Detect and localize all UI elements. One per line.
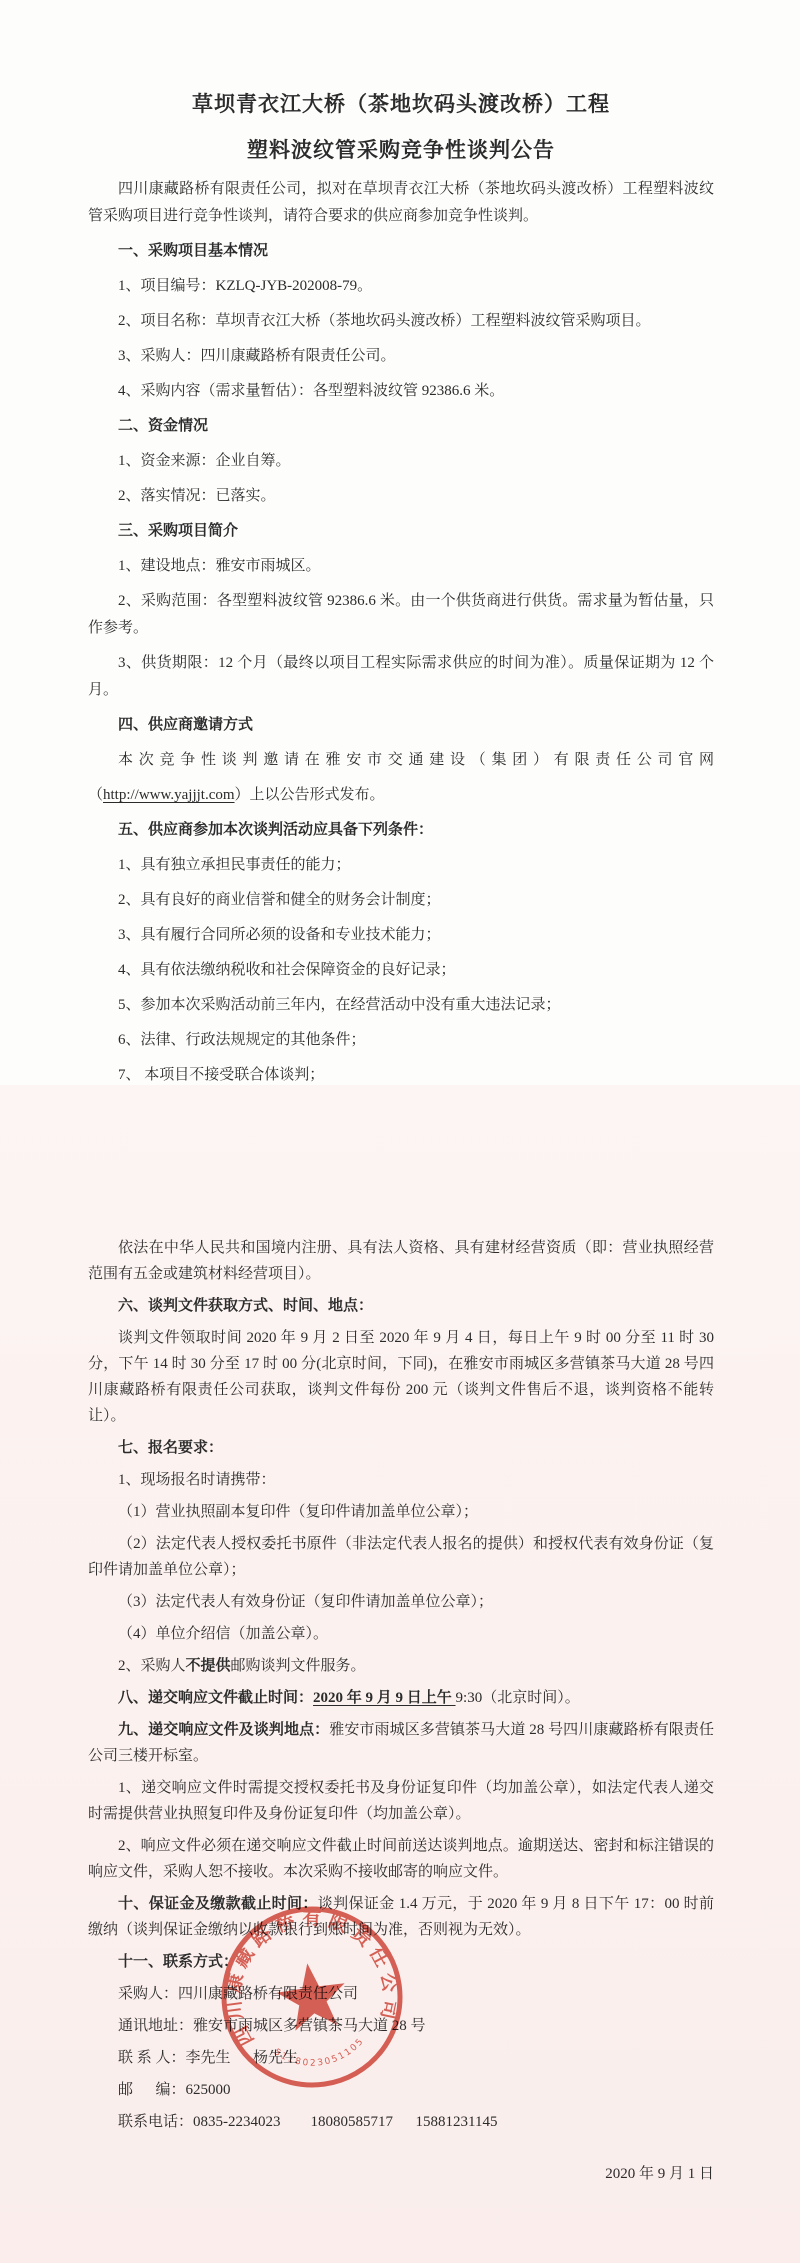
section-1-item: 3、采购人：四川康藏路桥有限责任公司。 — [88, 343, 714, 370]
section-7-subitem: （2）法定代表人授权委托书原件（非法定代表人报名的提供）和授权代表有效身份证（复… — [88, 1531, 714, 1583]
section-8-heading: 八、递交响应文件截止时间：2020 年 9 月 9 日上午 9:30（北京时间）… — [88, 1685, 714, 1711]
section-1-item: 2、项目名称：草坝青衣江大桥（茶地坎码头渡改桥）工程塑料波纹管采购项目。 — [88, 308, 714, 335]
section-5-item: 5、参加本次采购活动前三年内，在经营活动中没有重大违法记录； — [88, 992, 714, 1019]
page-2: 依法在中华人民共和国境内注册、具有法人资格、具有建材经营资质（即：营业执照经营范… — [0, 1085, 800, 2263]
section-6-heading: 六、谈判文件获取方式、时间、地点： — [88, 1293, 714, 1319]
section-3-item: 2、采购范围：各型塑料波纹管 92386.6 米。由一个供货商进行供货。需求量为… — [88, 588, 714, 642]
deadline-time: 9:30（北京时间）。 — [456, 1690, 580, 1706]
section-9-item: 2、响应文件必须在递交响应文件截止时间前送达谈判地点。逾期送达、密封和标注错误的… — [88, 1833, 714, 1885]
section-5-item: 2、具有良好的商业信誉和健全的财务会计制度； — [88, 887, 714, 914]
announcement-date: 2020 年 9 月 1 日 — [88, 2161, 714, 2187]
section-10-label: 十、保证金及缴款截止时间： — [118, 1896, 318, 1912]
section-1-heading: 一、采购项目基本情况 — [88, 238, 714, 265]
section-7-heading: 七、报名要求： — [88, 1435, 714, 1461]
section-8-label: 八、递交响应文件截止时间： — [118, 1690, 313, 1706]
section-7-subitem: （4）单位介绍信（加盖公章）。 — [88, 1621, 714, 1647]
section-9-heading: 九、递交响应文件及谈判地点：雅安市雨城区多营镇茶马大道 28 号四川康藏路桥有限… — [88, 1717, 714, 1769]
contact-postcode: 邮 编：625000 — [88, 2077, 714, 2103]
section-7-item: 1、现场报名时请携带： — [88, 1467, 714, 1493]
section-4-heading: 四、供应商邀请方式 — [88, 712, 714, 739]
contact-purchaser: 采购人：四川康藏路桥有限责任公司 — [88, 1981, 714, 2007]
document-title-line-1: 草坝青衣江大桥（茶地坎码头渡改桥）工程 — [88, 84, 714, 124]
section-5-item: 1、具有独立承担民事责任的能力； — [88, 852, 714, 879]
deadline-date: 2020 年 9 月 9 日上午 — [313, 1690, 456, 1706]
section-5-heading: 五、供应商参加本次谈判活动应具备下列条件： — [88, 817, 714, 844]
document-title-line-2: 塑料波纹管采购竞争性谈判公告 — [88, 130, 714, 170]
section-1-item: 4、采购内容（需求量暂估）：各型塑料波纹管 92386.6 米。 — [88, 378, 714, 405]
section-7-subitem: （3）法定代表人有效身份证（复印件请加盖单位公章）； — [88, 1589, 714, 1615]
section-5-item: 3、具有履行合同所必须的设备和专业技术能力； — [88, 922, 714, 949]
section-3-item: 3、供货期限：12 个月（最终以项目工程实际需求供应的时间为准）。质量保证期为 … — [88, 650, 714, 704]
section-10-heading: 十、保证金及缴款截止时间：谈判保证金 1.4 万元，于 2020 年 9 月 8… — [88, 1891, 714, 1943]
section-3-heading: 三、采购项目简介 — [88, 518, 714, 545]
section-9-label: 九、递交响应文件及谈判地点： — [118, 1722, 329, 1738]
section-6-text: 谈判文件领取时间 2020 年 9 月 2 日至 2020 年 9 月 4 日，… — [88, 1325, 714, 1429]
section-7-item-2: 2、采购人不提供邮购谈判文件服务。 — [88, 1653, 714, 1679]
section-3-item: 1、建设地点：雅安市雨城区。 — [88, 553, 714, 580]
section-2-item: 1、资金来源：企业自筹。 — [88, 448, 714, 475]
intro-paragraph: 四川康藏路桥有限责任公司，拟对在草坝青衣江大桥（茶地坎码头渡改桥）工程塑料波纹管… — [88, 176, 714, 230]
url-open-bracket: （ — [88, 787, 103, 803]
contact-phones: 联系电话：0835-2234023 18080585717 1588123114… — [88, 2109, 714, 2135]
official-website-url: http://www.yajjjt.com — [103, 787, 235, 803]
section-5-item: 6、法律、行政法规规定的其他条件； — [88, 1027, 714, 1054]
section-5-item: 4、具有依法缴纳税收和社会保障资金的良好记录； — [88, 957, 714, 984]
section-1-item: 1、项目编号：KZLQ-JYB-202008-79。 — [88, 273, 714, 300]
supplier-qualification-note: 依法在中华人民共和国境内注册、具有法人资格、具有建材经营资质（即：营业执照经营范… — [88, 1235, 714, 1287]
section-7-subitem: （1）营业执照副本复印件（复印件请加盖单位公章）； — [88, 1499, 714, 1525]
section-9-item: 1、递交响应文件时需提交授权委托书及身份证复印件（均加盖公章），如法定代表人递交… — [88, 1775, 714, 1827]
section-4-text-line-2: （http://www.yajjjt.com）上以公告形式发布。 — [88, 782, 714, 809]
section-4-text-after-url: ）上以公告形式发布。 — [235, 787, 385, 803]
section-7-item-2-suffix: 邮购谈判文件服务。 — [231, 1658, 366, 1674]
section-11-heading: 十一、联系方式： — [88, 1949, 714, 1975]
section-5-item: 7、 本项目不接受联合体谈判； — [88, 1062, 714, 1085]
contact-persons: 联 系 人：李先生 杨先生 — [88, 2045, 714, 2071]
contact-address: 通讯地址：雅安市雨城区多营镇茶马大道 28 号 — [88, 2013, 714, 2039]
page-1: 草坝青衣江大桥（茶地坎码头渡改桥）工程 塑料波纹管采购竞争性谈判公告 四川康藏路… — [0, 0, 800, 1085]
section-4-text-line-1: 本次竞争性谈判邀请在雅安市交通建设（集团）有限责任公司官网 — [88, 747, 714, 774]
section-2-item: 2、落实情况：已落实。 — [88, 483, 714, 510]
section-7-item-2-emphasis: 不提供 — [186, 1658, 231, 1674]
section-2-heading: 二、资金情况 — [88, 413, 714, 440]
section-7-item-2-prefix: 2、采购人 — [118, 1658, 186, 1674]
